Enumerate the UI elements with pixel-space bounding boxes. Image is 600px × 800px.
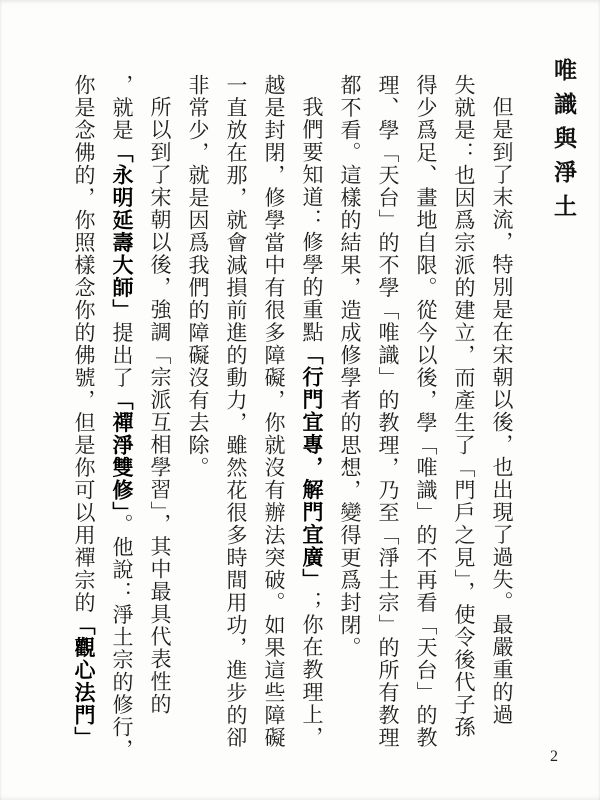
emphasis-text: 「永明延壽大師」	[110, 142, 134, 322]
body-text: 失就是：也因爲宗派的建立，而產生了「門戶之見」，使令後代子孫	[452, 74, 476, 739]
text-column: 但是到了末流，特別是在宋朝以後，也出現了過失。最嚴重的過	[483, 74, 521, 780]
text-column: 越是封閉，修學當中有很多障礙，你就沒有辦法突破。如果這些障礙	[255, 74, 293, 780]
body-text: 越是封閉，修學當中有很多障礙，你就沒有辦法突破。如果這些障礙	[262, 74, 286, 749]
body-text: 。他說：淨土宗的修行，	[110, 514, 134, 762]
body-text: 所以到了宋朝以後，強調「宗派互相學習」，其中最具代表性的	[148, 96, 172, 716]
text-column: 所以到了宋朝以後，強調「宗派互相學習」，其中最具代表性的	[141, 74, 179, 780]
text-columns: 但是到了末流，特別是在宋朝以後，也出現了過失。最嚴重的過失就是：也因爲宗派的建立…	[65, 74, 521, 780]
body-text: 理、學「天台」的不學「唯識」的教理，乃至「淨土宗」的所有教理	[376, 74, 400, 749]
body-text: ；你在教理上，	[300, 591, 324, 749]
body-text: 我們要知道：修學的重點	[300, 96, 324, 344]
page-number: 2	[550, 748, 558, 766]
emphasis-text: 「觀心法門」	[72, 614, 96, 749]
body-text: 但是到了末流，特別是在宋朝以後，也出現了過失。最嚴重的過	[490, 96, 514, 726]
page-title: 唯識與淨土	[547, 58, 580, 228]
book-page: 唯識與淨土 但是到了末流，特別是在宋朝以後，也出現了過失。最嚴重的過失就是：也因…	[0, 0, 600, 800]
text-column: 失就是：也因爲宗派的建立，而產生了「門戶之見」，使令後代子孫	[445, 74, 483, 780]
body-text: 提出了	[110, 322, 134, 390]
text-column: 得少爲足、畫地自限。從今以後，學「唯識」的不再看「天台」的教	[407, 74, 445, 780]
body-text: 都不看。這樣的結果，造成修學者的思想，變得更爲封閉。	[338, 74, 362, 659]
body-text: 一直放在那，就會減損前進的動力，雖然花很多時間用功，進步的卻	[224, 74, 248, 749]
text-column: 理、學「天台」的不學「唯識」的教理，乃至「淨土宗」的所有教理	[369, 74, 407, 780]
text-column: 一直放在那，就會減損前進的動力，雖然花很多時間用功，進步的卻	[217, 74, 255, 780]
body-text: 你是念佛的，你照樣念你的佛號，但是你可以用禪宗的	[72, 74, 96, 614]
text-column: 非常少，就是因爲我們的障礙沒有去除。	[179, 74, 217, 780]
text-column: 你是念佛的，你照樣念你的佛號，但是你可以用禪宗的「觀心法門」	[65, 74, 103, 780]
text-column: ，就是「永明延壽大師」提出了「禪淨雙修」。他說：淨土宗的修行，	[103, 74, 141, 780]
body-text: ，就是	[110, 74, 134, 142]
emphasis-text: 「禪淨雙修」	[110, 389, 134, 514]
text-column: 我們要知道：修學的重點「行門宜專，解門宜廣」；你在教理上，	[293, 74, 331, 780]
text-column: 都不看。這樣的結果，造成修學者的思想，變得更爲封閉。	[331, 74, 369, 780]
body-text: 得少爲足、畫地自限。從今以後，學「唯識」的不再看「天台」的教	[414, 74, 438, 749]
emphasis-text: 「行門宜專，解門宜廣」	[300, 344, 324, 592]
body-text: 非常少，就是因爲我們的障礙沒有去除。	[186, 74, 210, 479]
